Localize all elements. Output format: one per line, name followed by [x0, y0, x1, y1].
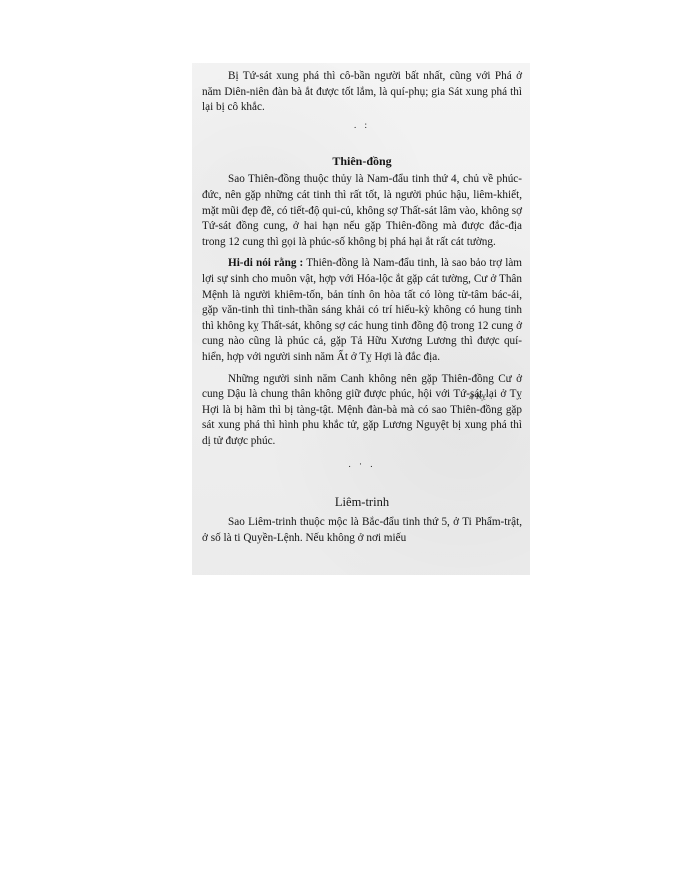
scanned-book-page: Bị Tứ-sát xung phá thì cô-bần người bất …	[192, 63, 530, 575]
thien-dong-paragraph-1: Sao Thiên-đồng thuộc thủy là Nam-đẩu tin…	[202, 172, 522, 250]
section-heading-liem-trinh: Liêm-trinh	[202, 495, 522, 511]
thien-dong-paragraph-2: Hi-di nói rằng : Thiên-đồng là Nam-đẩu t…	[202, 256, 522, 365]
section-divider-ornament: . :	[202, 120, 522, 130]
thien-dong-paragraph-3: Những người sinh năm Canh không nên gặp …	[202, 372, 522, 450]
hi-di-quote-lead: Hi-di nói rằng :	[228, 257, 303, 269]
hi-di-quote-body: Thiên-đồng là Nam-đẩu tinh, là sao bảo t…	[202, 257, 522, 363]
handwritten-annotation: 4 Kỵ	[468, 388, 486, 405]
section-heading-thien-dong: Thiên-đồng	[202, 154, 522, 170]
intro-paragraph: Bị Tứ-sát xung phá thì cô-bần người bất …	[202, 69, 522, 116]
liem-trinh-paragraph-1: Sao Liêm-trinh thuộc mộc là Bắc-đẩu tinh…	[202, 515, 522, 546]
section-divider-ornament-2: . · .	[202, 459, 522, 469]
